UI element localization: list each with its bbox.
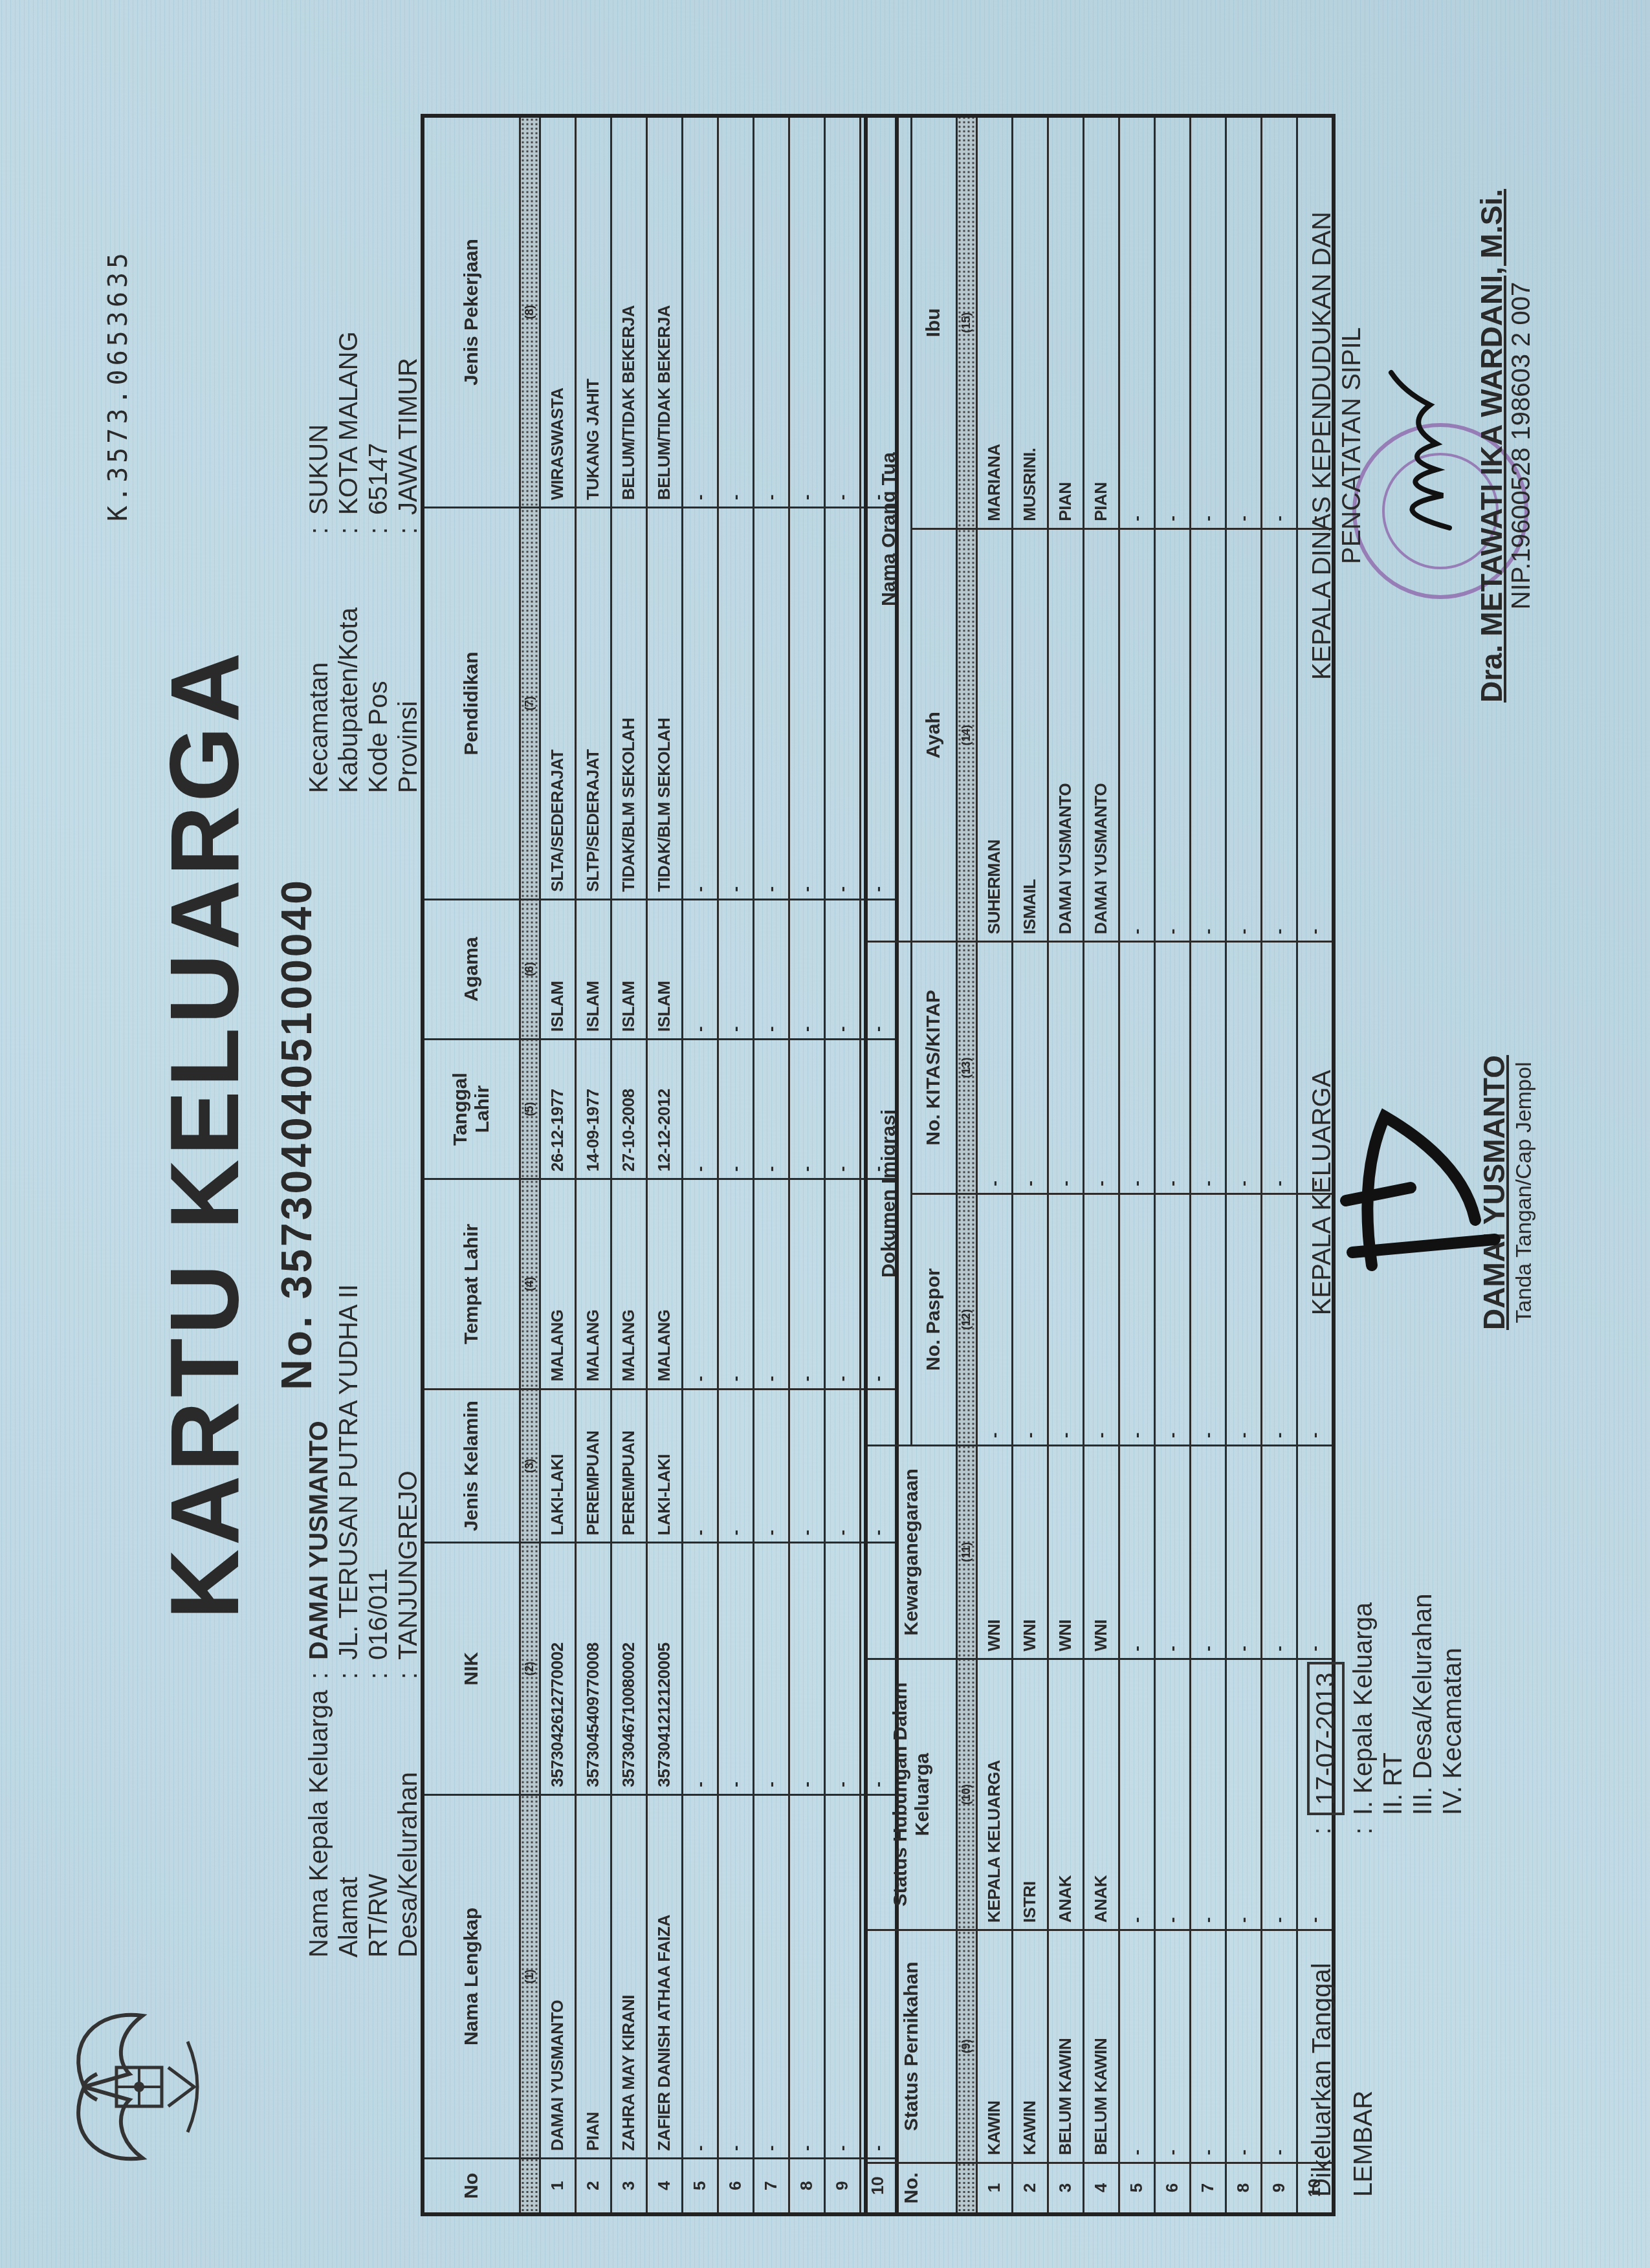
document-title: KARTU KELUARGA [149,0,261,2268]
table-cell: - [1190,116,1226,529]
table-cell: - [1190,1194,1226,1445]
table-cell: 7 [753,2159,789,2215]
table-cell: 3573045409770008 [575,1543,611,1794]
district-value: SUKUN [304,424,334,515]
col-nik: NIK [423,1543,520,1794]
address-value: JL. TERUSAN PUTRA YUDHA II [334,1284,364,1660]
col-occupation: Jenis Pekerjaan [423,116,520,508]
table-cell: DAMAI YUSMANTO [1048,529,1083,942]
table-row: 2KAWINISTRIWNI--ISMAILMUSRINI. [1012,116,1048,2214]
table-cell: 14-09-1977 [575,1039,611,1179]
label: Kabupaten/Kota [334,534,364,793]
group-parent-names: Nama Orang Tua [866,116,911,942]
table-cell: KAWIN [976,1930,1012,2163]
label: Kode Pos [364,534,393,793]
province-value: JAWA TIMUR [393,358,423,515]
table-cell: - [789,1794,824,2158]
table-cell: PIAN [575,1794,611,2158]
table-cell: KEPALA KELUARGA [976,1659,1012,1930]
colnum: (4) [520,1179,540,1389]
table-cell: - [789,1179,824,1389]
table-row: 4ZAFIER DANISH ATHAA FAIZA35730412121200… [646,116,682,2214]
colnum: (11) [956,1445,976,1659]
table-cell: - [682,508,718,900]
table-row: 9------- [1261,116,1297,2214]
col-no: No [423,2159,520,2215]
table-cell: SLTA/SEDERAJAT [540,508,575,900]
table-cell: - [824,1039,860,1179]
table-cell: 26-12-1977 [540,1039,575,1179]
table-cell: 3 [1048,2163,1083,2214]
colnum: (9) [956,1930,976,2163]
table-cell: - [1190,1930,1226,2163]
table-cell: 1 [976,2163,1012,2214]
label: Nama Kepala Keluarga [304,1679,334,1957]
table-cell: ISTRI [1012,1659,1048,1930]
col-name: Nama Lengkap [423,1794,520,2158]
colnum: (15) [956,116,976,529]
group-immigration-docs: Dokumen Imigrasi [866,942,911,1446]
table-cell: WNI [1012,1445,1048,1659]
table-cell: 5 [682,2159,718,2215]
table-cell: - [718,899,753,1039]
city-row: Kabupaten/Kota:KOTA MALANG [334,331,364,793]
table-cell: - [1154,529,1190,942]
lembar-list: I. Kepala Keluarga II. RT III. Desa/Kelu… [1348,1594,1468,1815]
table-cell: - [1012,1194,1048,1445]
table-cell: - [789,116,824,508]
table-cell: KAWIN [1012,1930,1048,2163]
table-cell: - [1226,1445,1261,1659]
table-cell: 3573041212120005 [646,1543,682,1794]
table-cell: WNI [976,1445,1012,1659]
table-cell: WNI [1048,1445,1083,1659]
table-cell: 2 [1012,2163,1048,2214]
table-cell: - [1226,1930,1261,2163]
table-cell: BELUM/TIDAK BEKERJA [646,116,682,508]
issued-row: Dikeluarkan Tanggal : 17-07-2013 [1307,1594,1345,2197]
table-cell: PIAN [1048,116,1083,529]
table-cell: - [682,899,718,1039]
label: Alamat [334,1679,364,1957]
table-cell: - [682,1543,718,1794]
status-table-body: 1KAWINKEPALA KELUARGAWNI--SUHERMANMARIAN… [976,116,1334,2214]
col-kitas: No. KITAS/KITAP [911,942,956,1194]
table-cell: ZAHRA MAY KIRANI [611,1794,646,2158]
table-cell: 9 [824,2159,860,2215]
table-cell: 1 [540,2159,575,2215]
table-cell: - [976,942,1012,1194]
colnum: (13) [956,942,976,1194]
table-cell: WIRASWASTA [540,116,575,508]
table-cell: 27-10-2008 [611,1039,646,1179]
table-cell: 6 [718,2159,753,2215]
colon: : [1348,1815,1468,1835]
table-cell: - [718,1179,753,1389]
colnum: (6) [520,899,540,1039]
colnum: (8) [520,116,540,508]
table-cell: - [824,1543,860,1794]
col-mother: Ibu [911,116,956,529]
table-cell: PEREMPUAN [611,1389,646,1543]
table-cell: BELUM KAWIN [1048,1930,1083,2163]
official-signature-block: KEPALA DINAS KEPENDUDUKAN DAN PENCATATAN… [1307,189,1536,703]
table-cell: SLTP/SEDERAJAT [575,508,611,900]
table-cell: PEREMPUAN [575,1389,611,1543]
table-cell: - [753,1039,789,1179]
table-cell: ANAK [1083,1659,1119,1930]
table-cell: - [789,1389,824,1543]
table-cell: - [682,1389,718,1543]
lembar-row: LEMBAR : I. Kepala Keluarga II. RT III. … [1348,1594,1468,2197]
table-cell: - [1261,1445,1297,1659]
table-cell: - [824,508,860,900]
colon: : [334,515,364,534]
table-cell: - [753,1794,789,2158]
table-cell: 5 [1119,2163,1154,2214]
table-cell: - [1154,1659,1190,1930]
col-birthplace: Tempat Lahir [423,1179,520,1389]
table-cell: 6 [1154,2163,1190,2214]
table-cell: ZAFIER DANISH ATHAA FAIZA [646,1794,682,2158]
table-cell: - [1119,1659,1154,1930]
table-cell: - [1048,942,1083,1194]
table-cell: - [718,1543,753,1794]
label: Desa/Kelurahan [393,1679,423,1957]
table-cell: ISLAM [575,899,611,1039]
colon: : [393,1660,423,1679]
official-title-line1: KEPALA DINAS KEPENDUDUKAN DAN [1307,189,1337,703]
table-cell: MALANG [646,1179,682,1389]
signature-mark-icon [1333,1071,1501,1278]
issue-info: Dikeluarkan Tanggal : 17-07-2013 LEMBAR … [1307,1594,1468,2197]
table-cell: - [1261,116,1297,529]
address-row: Alamat:JL. TERUSAN PUTRA YUDHA II [334,1284,364,1957]
colnum: (14) [956,529,976,942]
label: RT/RW [364,1679,393,1957]
colon: : [364,515,393,534]
table-cell: - [1119,1194,1154,1445]
city-value: KOTA MALANG [334,331,364,515]
table-row: 3ZAHRA MAY KIRANI3573046710080002PEREMPU… [611,116,646,2214]
table-cell: ISLAM [646,899,682,1039]
table-cell: - [753,1389,789,1543]
table-cell: - [1226,942,1261,1194]
table-cell: - [1154,1194,1190,1445]
header-row: No Nama Lengkap NIK Jenis Kelamin Tempat… [423,116,520,2214]
col-education: Pendidikan [423,508,520,900]
col-marital-status: Status Pernikahan [866,1930,956,2163]
province-row: Provinsi:JAWA TIMUR [393,331,423,793]
official-title-line2: PENCATATAN SIPIL [1337,189,1367,703]
colon: : [1307,1815,1345,1835]
col-family-relation: Status Hubungan Dalam Keluarga [866,1659,956,1930]
table-cell: - [753,116,789,508]
col-religion: Agama [423,899,520,1039]
table-cell: LAKI-LAKI [540,1389,575,1543]
lembar-label: LEMBAR [1348,1835,1468,2197]
official-nip: NIP.19600528 198603 2 007 [1506,189,1536,703]
table-row: 8------- [1226,116,1261,2214]
header-right-block: Kecamatan:SUKUN Kabupaten/Kota:KOTA MALA… [304,331,423,793]
official-name: Dra. METAWATI IKA WARDANI, M.Si. [1477,189,1506,703]
table-cell: - [682,1794,718,2158]
table-cell: MALANG [540,1179,575,1389]
colnum: (3) [520,1389,540,1543]
table-cell: - [1119,529,1154,942]
table-cell: - [1119,1445,1154,1659]
head-of-family-signature-block: KEPALA KELUARGA DAMAI YUSMANTO Tanda Tan… [1307,1055,1539,1330]
district-row: Kecamatan:SUKUN [304,331,334,793]
members-table-body: 1DAMAI YUSMANTO3573042612770002LAKI-LAKI… [540,116,897,2214]
table-cell: 3573046710080002 [611,1543,646,1794]
table-row: 5------- [1119,116,1154,2214]
table-cell: 12-12-2012 [646,1039,682,1179]
table-cell: - [1119,1930,1154,2163]
number-value: 3573040405100040 [272,878,320,1299]
table-cell: ISLAM [540,899,575,1039]
table-cell: - [1190,529,1226,942]
table-cell: 8 [789,2159,824,2215]
table-cell: 3573042612770002 [540,1543,575,1794]
table-row: 8-------- [789,116,824,2214]
table-cell: - [718,116,753,508]
table-cell: PIAN [1083,116,1119,529]
issued-label: Dikeluarkan Tanggal [1307,1835,1345,2197]
colnum: (10) [956,1659,976,1930]
table-cell: - [976,1194,1012,1445]
colnum: (1) [520,1794,540,2158]
table-cell: ANAK [1048,1659,1083,1930]
colon: : [393,515,423,534]
table-cell: DAMAI YUSMANTO [540,1794,575,2158]
colnum: (2) [520,1543,540,1794]
table-cell: SUHERMAN [976,529,1012,942]
table-cell: 7 [1190,2163,1226,2214]
signature-caption: Tanda Tangan/Cap Jempol [1509,1055,1539,1330]
lembar-item: IV. Kecamatan [1438,1594,1468,1815]
table-cell: - [824,1179,860,1389]
rtrw-value: 016/011 [364,1568,393,1660]
header-left-block: Nama Kepala Keluarga:DAMAI YUSMANTO Alam… [304,1284,423,1957]
table-cell: - [1190,1659,1226,1930]
table-cell: - [1119,942,1154,1194]
col-birthdate: Tanggal Lahir [423,1039,520,1179]
lembar-item: III. Desa/Kelurahan [1408,1594,1438,1815]
table-cell: WNI [1083,1445,1119,1659]
rtrw-row: RT/RW:016/011 [364,1284,393,1957]
table-cell: - [1190,1445,1226,1659]
table-cell: 9 [1261,2163,1297,2214]
colon: : [334,1660,364,1679]
column-number-row: (1) (2) (3) (4) (5) (6) (7) (8) [520,116,540,2214]
table-row: 6-------- [718,116,753,2214]
table-row: 7------- [1190,116,1226,2214]
village-row: Desa/Kelurahan:TANJUNGREJO [393,1284,423,1957]
colon: : [304,515,334,534]
table-cell: ISLAM [611,899,646,1039]
table-cell: - [1226,529,1261,942]
table-cell: - [1154,116,1190,529]
table-cell: - [1261,1930,1297,2163]
table-row: 9-------- [824,116,860,2214]
table-row: 3BELUM KAWINANAKWNI--DAMAI YUSMANTOPIAN [1048,116,1083,2214]
table-cell: - [682,1039,718,1179]
label: Provinsi [393,534,423,793]
group-header-row: No. Status Pernikahan Status Hubungan Da… [866,116,911,2214]
table-cell: ISMAIL [1012,529,1048,942]
issued-date: 17-07-2013 [1307,1662,1345,1815]
table-cell: 4 [646,2159,682,2215]
colnum: (7) [520,508,540,900]
postal-value: 65147 [364,443,393,515]
table-cell: - [824,899,860,1039]
col-passport: No. Paspor [911,1194,956,1445]
table-row: 4BELUM KAWINANAKWNI--DAMAI YUSMANTOPIAN [1083,116,1119,2214]
table-cell: TUKANG JAHIT [575,116,611,508]
table-row: 7-------- [753,116,789,2214]
table-cell: MARIANA [976,116,1012,529]
members-table: No Nama Lengkap NIK Jenis Kelamin Tempat… [421,114,899,2216]
table-cell: - [789,1039,824,1179]
colon: : [304,1660,334,1679]
colnum [520,2159,540,2215]
lembar-item: II. RT [1378,1594,1408,1815]
table-cell: - [753,508,789,900]
table-cell: - [789,508,824,900]
table-cell: - [1261,1659,1297,1930]
table-cell: MALANG [575,1179,611,1389]
table-cell: - [789,1543,824,1794]
table-cell: - [824,1389,860,1543]
table-cell: TIDAK/BLM SEKOLAH [646,508,682,900]
table-cell: - [682,116,718,508]
head-name-row: Nama Kepala Keluarga:DAMAI YUSMANTO [304,1284,334,1957]
table-cell: TIDAK/BLM SEKOLAH [611,508,646,900]
table-cell: - [1226,116,1261,529]
column-number-row: (9) (10) (11) (12) (13) (14) (15) [956,116,976,2214]
table-cell: - [1226,1659,1261,1930]
table-cell: - [1226,1194,1261,1445]
table-cell: - [682,1179,718,1389]
table-cell: MALANG [611,1179,646,1389]
table-cell: DAMAI YUSMANTO [1083,529,1119,942]
table-cell: - [753,899,789,1039]
colnum: (5) [520,1039,540,1179]
table-cell: - [824,116,860,508]
col-gender: Jenis Kelamin [423,1389,520,1543]
table-cell: - [1012,942,1048,1194]
table-cell: - [718,1389,753,1543]
table-cell: 8 [1226,2163,1261,2214]
table-cell: - [1261,1194,1297,1445]
table-row: 5-------- [682,116,718,2214]
official-signature-icon [1365,366,1462,534]
table-cell: MUSRINI. [1012,116,1048,529]
table-cell: BELUM KAWIN [1083,1930,1119,2163]
table-cell: - [1083,1194,1119,1445]
table-cell: - [753,1543,789,1794]
table-cell: - [753,1179,789,1389]
head-name-value: DAMAI YUSMANTO [304,1421,334,1660]
table-cell: - [1083,942,1119,1194]
table-cell: - [824,1794,860,2158]
colnum [956,2163,976,2214]
table-row: 6------- [1154,116,1190,2214]
table-cell: - [718,1794,753,2158]
table-cell: - [1154,1445,1190,1659]
colnum: (12) [956,1194,976,1445]
table-cell: - [1154,1930,1190,2163]
table-cell: BELUM/TIDAK BEKERJA [611,116,646,508]
colon: : [364,1660,393,1679]
table-cell: - [1190,942,1226,1194]
lembar-item: I. Kepala Keluarga [1348,1594,1378,1815]
table-row: 1KAWINKEPALA KELUARGAWNI--SUHERMANMARIAN… [976,116,1012,2214]
table-cell: - [789,899,824,1039]
village-value: TANJUNGREJO [393,1470,423,1660]
table-cell: - [718,508,753,900]
label: Kecamatan [304,534,334,793]
table-row: 2PIAN3573045409770008PEREMPUANMALANG14-0… [575,116,611,2214]
table-cell: 2 [575,2159,611,2215]
table-cell: 4 [1083,2163,1119,2214]
table-cell: - [1261,529,1297,942]
table-cell: - [1048,1194,1083,1445]
col-no: No. [866,2163,956,2214]
col-father: Ayah [911,529,956,942]
table-row: 1DAMAI YUSMANTO3573042612770002LAKI-LAKI… [540,116,575,2214]
table-cell: - [1119,116,1154,529]
postal-row: Kode Pos:65147 [364,331,393,793]
status-parents-table: No. Status Pernikahan Status Hubungan Da… [864,114,1336,2216]
table-cell: - [1261,942,1297,1194]
serial-number: K.3573.0653635 [104,249,133,521]
table-cell: - [718,1039,753,1179]
table-cell: LAKI-LAKI [646,1389,682,1543]
table-cell: - [1154,942,1190,1194]
col-citizenship: Kewarganegaraan [866,1445,956,1659]
family-card-document: KARTU KELUARGA No. 3573040405100040 K.35… [0,0,1650,2268]
table-cell: 3 [611,2159,646,2215]
